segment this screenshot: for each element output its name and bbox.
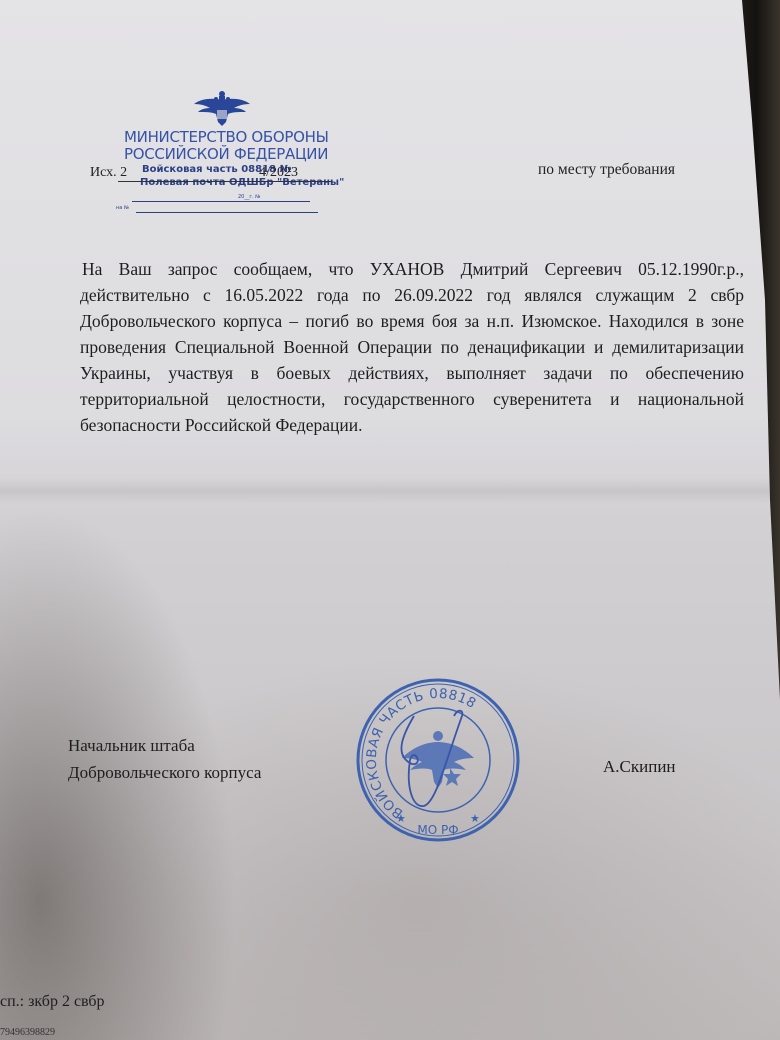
outgoing-underline — [118, 181, 332, 182]
outgoing-prefix: Исх. 2 — [90, 165, 127, 180]
blank-date-label: 20__г. № — [238, 194, 260, 200]
ministry-name-line2: РОССИЙСКОЙ ФЕДЕРАЦИИ — [124, 145, 328, 163]
eagle-seal-icon — [402, 731, 474, 788]
blank-date-line — [132, 201, 310, 202]
signatory-title: Начальник штаба Добровольческого корпуса — [68, 732, 261, 786]
seal-bottom-text: МО РФ — [417, 823, 458, 837]
executor-phone: 79496398829 — [0, 1027, 55, 1038]
letterhead-stamp: МИНИСТЕРСТВО ОБОРОНЫ РОССИЙСКОЙ ФЕДЕРАЦИ… — [112, 84, 342, 219]
paper-fold — [0, 478, 780, 504]
blank-ref-line — [136, 212, 318, 213]
executor-line: сп.: зкбр 2 свбр — [0, 993, 105, 1011]
addressee: по месту требования — [538, 161, 675, 179]
document-page: МИНИСТЕРСТВО ОБОРОНЫ РОССИЙСКОЙ ФЕДЕРАЦИ… — [0, 0, 780, 1040]
double-headed-eagle-emblem-icon — [192, 88, 252, 128]
seal-star-icon: ★ — [470, 813, 480, 825]
letter-body: На Ваш запрос сообщаем, что УХАНОВ Дмитр… — [80, 256, 744, 438]
signatory-name: А.Скипин — [603, 757, 676, 777]
signatory-title-line2: Добровольческого корпуса — [68, 759, 261, 786]
seal-star-icon: ★ — [396, 813, 406, 825]
official-seal-icon: ВОЙСКОВАЯ ЧАСТЬ 08818 "М" МО РФ ★ ★ — [354, 676, 522, 844]
outgoing-suffix: 4/2023 — [259, 165, 298, 180]
ministry-name-line1: МИНИСТЕРСТВО ОБОРОНЫ — [124, 128, 329, 146]
signatory-title-line1: Начальник штаба — [68, 732, 261, 759]
outgoing-number: Исх. 24/2023 — [90, 165, 298, 181]
blank-ref-label: на № — [116, 205, 129, 211]
